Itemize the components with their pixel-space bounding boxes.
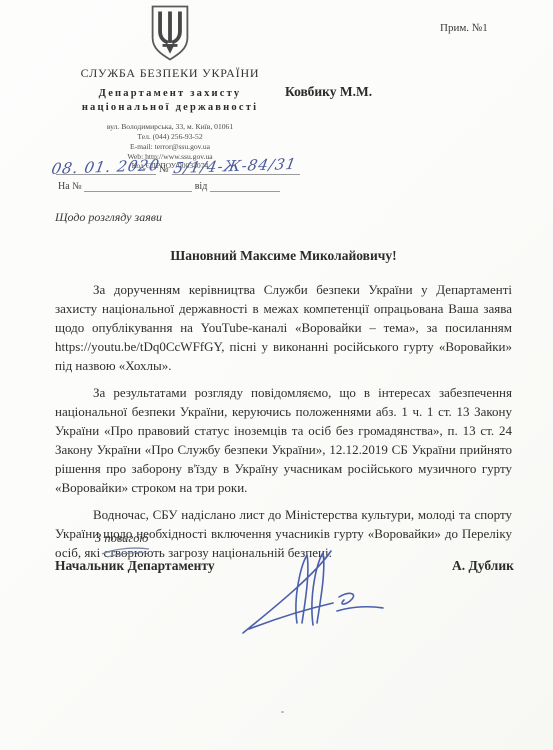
ukraine-trident-emblem-icon: [143, 4, 197, 62]
email-line: E-mail: terror@ssu.gov.ua: [40, 142, 300, 152]
department-line1: Департамент захисту: [40, 87, 300, 101]
incoming-ref-line: На № від: [58, 180, 280, 192]
date-blank-line: 08. 01. 2020: [56, 163, 156, 175]
copy-number-label: Прим. №1: [440, 22, 488, 34]
subject-line: Щодо розгляду заяви: [55, 210, 162, 225]
body-paragraph-2: За результатами розгляду повідомляємо, щ…: [55, 383, 512, 497]
body-paragraph-1: За дорученням керівництва Служби безпеки…: [55, 280, 512, 375]
outgoing-ref-line: 08. 01. 2020 № 5/1/4-Ж-84/31: [56, 163, 306, 175]
addressee-name: Ковбику М.М.: [285, 84, 372, 100]
address-line: вул. Володимирська, 33, м. Київ, 01061: [40, 122, 300, 132]
salutation: Шановний Максиме Миколайовичу!: [55, 248, 512, 264]
from-date-label: від: [195, 181, 208, 192]
small-pen-flourish-icon: [100, 545, 152, 559]
reply-number-blank: [84, 180, 192, 192]
scanned-letter-page: Прим. №1 СЛУЖБА БЕЗПЕКИ УКРАЇНИ Департам…: [0, 0, 553, 750]
signer-name: А. Дублик: [452, 558, 514, 574]
signature-scribble-icon: [235, 545, 400, 650]
phone-line: Тел. (044) 256-93-52: [40, 132, 300, 142]
department-line2: національної державності: [40, 101, 300, 115]
handwritten-number: 5/1/4-Ж-84/31: [172, 155, 298, 177]
signer-position-title: Начальник Департаменту: [55, 558, 215, 574]
letterhead: СЛУЖБА БЕЗПЕКИ УКРАЇНИ Департамент захис…: [40, 4, 300, 171]
letter-body: Шановний Максиме Миколайовичу! За доруче…: [55, 248, 512, 570]
from-date-blank: [210, 180, 280, 192]
reply-to-label: На №: [58, 181, 82, 192]
handwritten-date: 08. 01. 2020: [50, 156, 161, 178]
organization-name: СЛУЖБА БЕЗПЕКИ УКРАЇНИ: [40, 66, 300, 81]
valediction: З повагою: [95, 531, 148, 546]
scan-artifact-dot: [281, 711, 284, 713]
number-blank-line: 5/1/4-Ж-84/31: [172, 163, 300, 175]
department-name: Департамент захисту національної державн…: [40, 87, 300, 115]
